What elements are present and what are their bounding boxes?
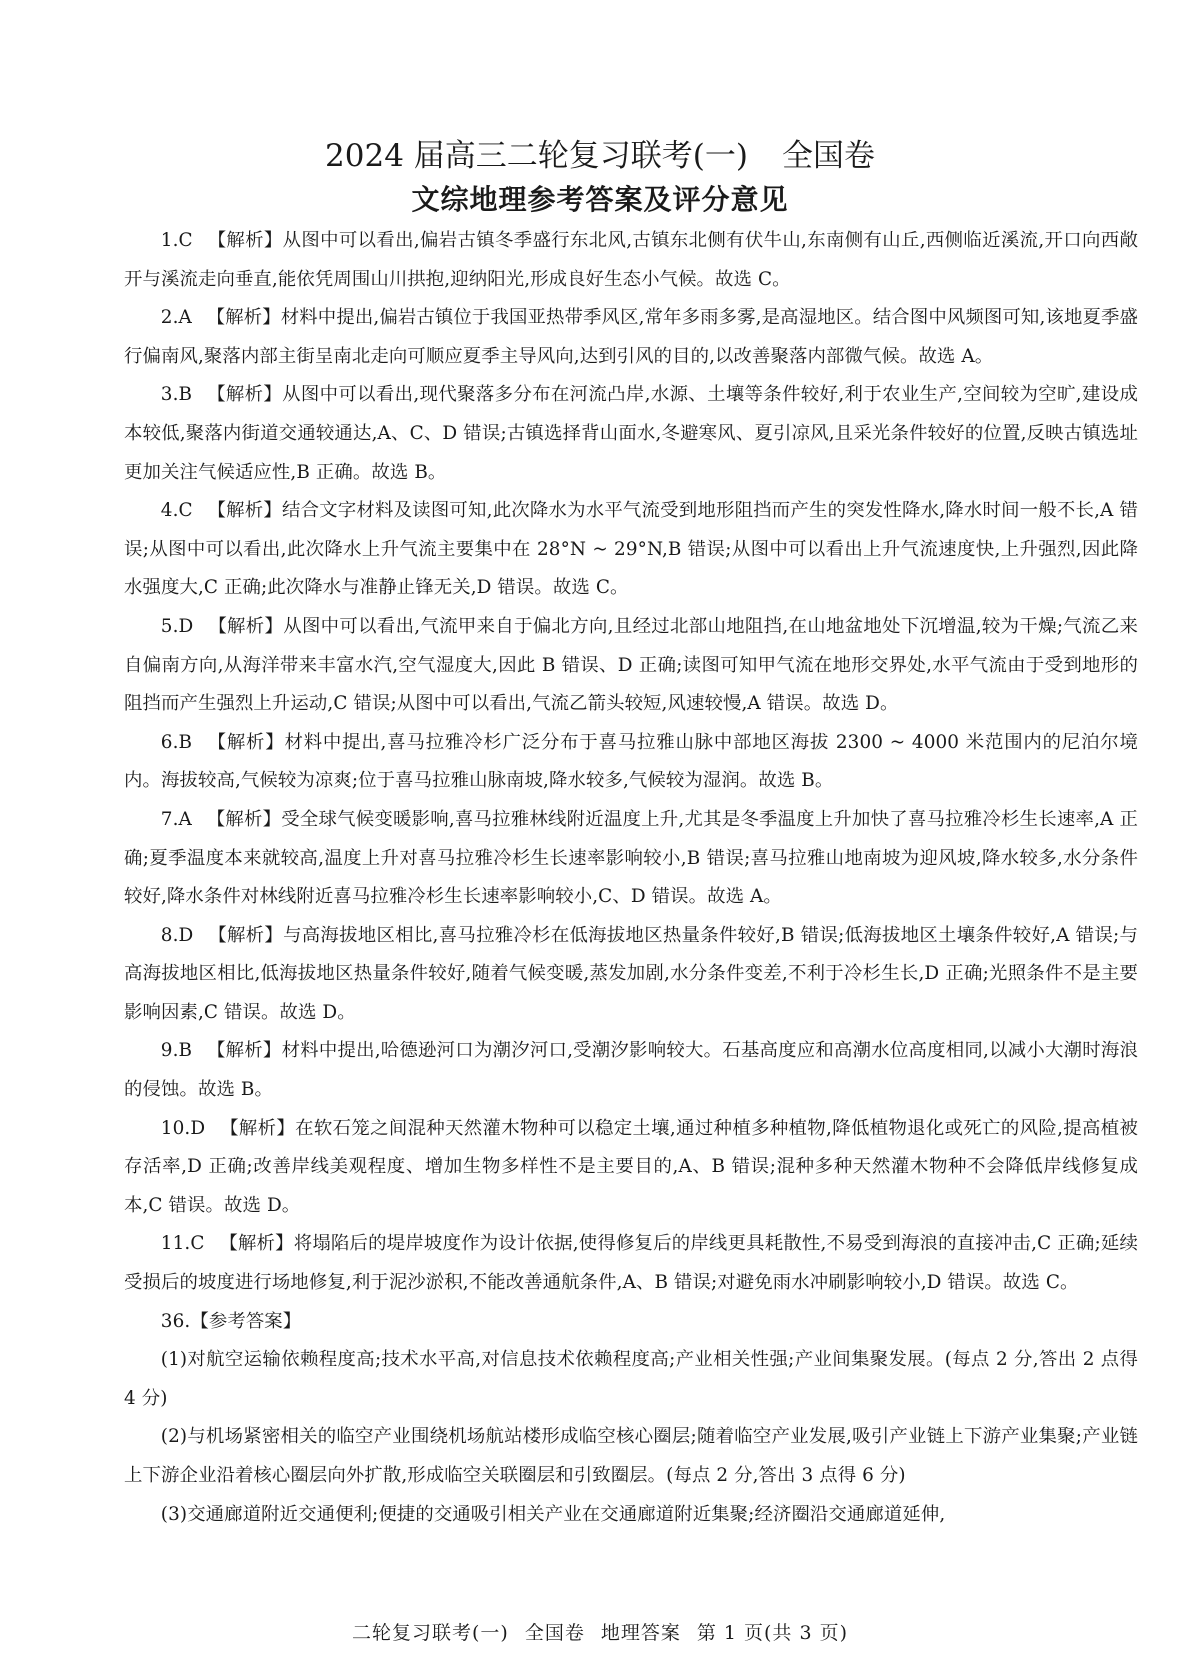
analysis-tag: 【解析】 [208,616,283,637]
answer-item-5: 5.D【解析】从图中可以看出,气流甲来自于偏北方向,且经过北部山地阻挡,在山地盆… [124,608,1138,724]
footer-subject: 地理答案 [601,1622,681,1644]
page-title: 2024 届高三二轮复习联考(一)全国卷 [0,136,1200,176]
footer-scope: 全国卷 [525,1622,585,1644]
answer-item-4: 4.C【解析】结合文字材料及读图可知,此次降水为水平气流受到地形阻挡而产生的突发… [124,492,1138,608]
page-footer: 二轮复习联考(一)全国卷地理答案第 1 页(共 3 页) [0,1618,1200,1648]
analysis-tag: 【解析】 [207,307,281,328]
answer-item-8: 8.D【解析】与高海拔地区相比,喜马拉雅冷杉在低海拔地区热量条件较好,B 错误;… [124,917,1138,1033]
analysis-tag: 【解析】 [207,732,285,753]
footer-exam: 二轮复习联考(一) [352,1622,509,1644]
analysis-tag: 【解析】 [207,230,282,251]
answer-item-3: 3.B【解析】从图中可以看出,现代聚落多分布在河流凸岸,水源、土壤等条件较好,利… [124,376,1138,492]
answer-item-10: 10.D【解析】在软石笼之间混种天然灌木物种可以稳定土壤,通过种植多种植物,降低… [124,1110,1138,1226]
q36-part-1: (1)对航空运输依赖程度高;技术水平高,对信息技术依赖程度高;产业相关性强;产业… [124,1341,1138,1418]
page-number: 第 1 页(共 3 页) [697,1622,848,1644]
question-number: 7.A [161,809,192,830]
analysis-tag: 【解析】 [208,925,283,946]
analysis-tag: 【解析】 [207,384,282,405]
page-subtitle: 文综地理参考答案及评分意见 [0,180,1200,220]
answer-item-2: 2.A【解析】材料中提出,偏岩古镇位于我国亚热带季风区,常年多雨多雾,是高湿地区… [124,299,1138,376]
answer-body: 1.C【解析】从图中可以看出,偏岩古镇冬季盛行东北风,古镇东北侧有伏牛山,东南侧… [124,222,1138,1534]
question-number: 11.C [161,1233,205,1254]
exam-scope: 全国卷 [782,138,875,174]
q36-heading: 36.【参考答案】 [124,1303,1138,1342]
answer-item-11: 11.C【解析】将塌陷后的堤岸坡度作为设计依据,使得修复后的岸线更具耗散性,不易… [124,1225,1138,1302]
analysis-tag: 【解析】 [207,500,282,521]
analysis-tag: 【解析】 [220,1118,295,1139]
question-number: 9.B [161,1040,192,1061]
exam-title: 2024 届高三二轮复习联考(一) [325,138,748,174]
analysis-tag: 【解析】 [207,1040,282,1061]
analysis-tag: 【解析】 [219,1233,294,1254]
analysis-tag: 【解析】 [207,809,282,830]
question-number: 3.B [161,384,192,405]
answer-item-9: 9.B【解析】材料中提出,哈德逊河口为潮汐河口,受潮汐影响较大。石基高度应和高潮… [124,1032,1138,1109]
question-number: 1.C [161,230,193,251]
answer-sheet-page: 2024 届高三二轮复习联考(一)全国卷 文综地理参考答案及评分意见 1.C【解… [0,0,1200,1672]
question-number: 5.D [161,616,194,637]
question-number: 6.B [161,732,192,753]
q36-part-3: (3)交通廊道附近交通便利;便捷的交通吸引相关产业在交通廊道附近集聚;经济圈沿交… [124,1496,1138,1535]
question-number: 4.C [161,500,193,521]
q36-part-2: (2)与机场紧密相关的临空产业围绕机场航站楼形成临空核心圈层;随着临空产业发展,… [124,1418,1138,1495]
question-number: 8.D [161,925,194,946]
answer-item-7: 7.A【解析】受全球气候变暖影响,喜马拉雅林线附近温度上升,尤其是冬季温度上升加… [124,801,1138,917]
question-number: 10.D [161,1118,205,1139]
answer-item-6: 6.B【解析】材料中提出,喜马拉雅冷杉广泛分布于喜马拉雅山脉中部地区海拔 230… [124,724,1138,801]
question-number: 2.A [161,307,192,328]
answer-item-1: 1.C【解析】从图中可以看出,偏岩古镇冬季盛行东北风,古镇东北侧有伏牛山,东南侧… [124,222,1138,299]
